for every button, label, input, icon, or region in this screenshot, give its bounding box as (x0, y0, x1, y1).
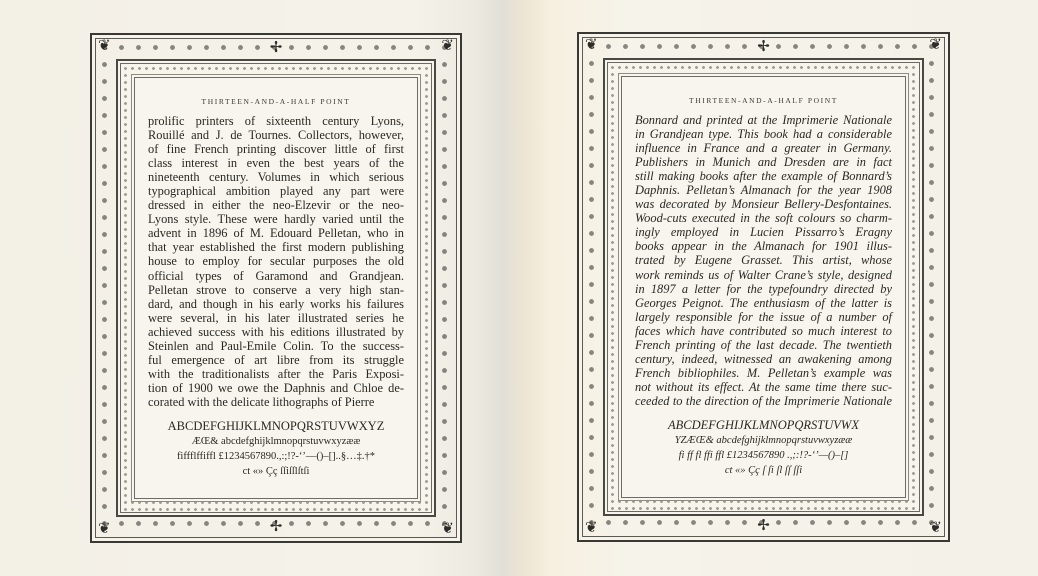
text-line: trated by Eugene Grasset. This artist, w… (635, 253, 892, 267)
text-line: books appear in the Almanach for 1901 il… (635, 239, 892, 253)
text-line: ceeded to the direction of the Imprimeri… (635, 394, 892, 408)
text-line: Bonnard and printed at the Imprimerie Na… (635, 113, 892, 127)
specimen-capitals: ABCDEFGHIJKLMNOPQRSTUVWX (635, 418, 892, 433)
text-line: corated with the delicate lithographs of… (148, 395, 404, 409)
cross-ornament-icon: ✢ (270, 41, 283, 56)
specimen-ligatures: ct «» Çç ſ ſi ſl ſſ ſſi (635, 463, 892, 478)
text-line: still making books after the example of … (635, 169, 892, 183)
text-line: of fine French printing discover little … (148, 142, 404, 156)
text-line: century, indeed, witnessed an awakening … (635, 352, 892, 366)
specimen-figures: fi ff fl ffi ffl £1234567890 .,;:!?-‘’—(… (635, 448, 892, 463)
fleuron-corner-icon: ❦ (929, 521, 942, 536)
text-line: largely responsible for the issue of a n… (635, 310, 892, 324)
text-line: that year established the first modern p… (148, 240, 404, 254)
specimen-capitals: ABCDEFGHIJKLMNOPQRSTUVWXYZ (148, 419, 404, 434)
fleuron-corner-icon: ❦ (98, 522, 111, 537)
text-line: official types of Garamond and Grandjean… (148, 269, 404, 283)
text-line: French bibliophiles. M. Pelletan’s examp… (635, 366, 892, 380)
text-line: ful emergence of art libre from its stru… (148, 353, 404, 367)
text-line: in Grandjean type. This book had a consi… (635, 127, 892, 141)
text-line: Georges Peignot. The enthusiasm of the l… (635, 296, 892, 310)
text-line: Pelletan strove to conserve a very high … (148, 283, 404, 297)
text-line: was decorated by Monsieur Bellery-Desfon… (635, 197, 892, 211)
text-line: ingly employed in Lucien Pissarro’s Erag… (635, 225, 892, 239)
specimen-figures: fiffflffiffl £1234567890.,:;!?-‘’—()–[].… (148, 449, 404, 464)
fleuron-corner-icon: ❦ (929, 38, 942, 53)
right-page: ❦ ❦ ❦ ❦ ✢ ✢ THIRTEEN-AND-A-HALF POINT Bo… (577, 32, 950, 542)
specimen-ligatures: ct «» Çç ſſiſſlſtſi (148, 464, 404, 479)
text-line: Steinlen and Paul-Emile Colin. To the su… (148, 339, 404, 353)
text-line: Publishers in Munich and Dresden are in … (635, 155, 892, 169)
text-line: with the traditionalists after the Paris… (148, 367, 404, 381)
fleuron-corner-icon: ❦ (441, 39, 454, 54)
type-specimen: ABCDEFGHIJKLMNOPQRSTUVWX YZÆŒ& abcdefghi… (635, 418, 892, 478)
running-head: THIRTEEN-AND-A-HALF POINT (148, 97, 404, 106)
left-page: ❦ ❦ ❦ ❦ ✢ ✢ THIRTEEN-AND-A-HALF POINT pr… (90, 33, 462, 543)
fleuron-corner-icon: ❦ (585, 38, 598, 53)
open-book-spread: ❦ ❦ ❦ ❦ ✢ ✢ THIRTEEN-AND-A-HALF POINT pr… (0, 0, 1038, 576)
cross-ornament-icon: ✢ (270, 520, 283, 535)
specimen-lowercase: YZÆŒ& abcdefghijklmnopqrstuvwxyzææ (635, 433, 892, 448)
type-specimen: ABCDEFGHIJKLMNOPQRSTUVWXYZ ÆŒ& abcdefghi… (148, 419, 404, 479)
text-line: prolific printers of sixteenth century L… (148, 114, 404, 128)
text-line: not without its effect. At the same time… (635, 380, 892, 394)
text-line: were several, in his later illustrated s… (148, 311, 404, 325)
text-line: nineteenth century. Volumes in which ser… (148, 170, 404, 184)
text-line: advent in 1896 of M. Edouard Pelletan, w… (148, 226, 404, 240)
text-line: work reminds us of Walter Crane’s style,… (635, 268, 892, 282)
body-paragraph: prolific printers of sixteenth century L… (148, 114, 404, 409)
running-head: THIRTEEN-AND-A-HALF POINT (635, 96, 892, 105)
text-line: Wood-cuts executed in the soft colours s… (635, 211, 892, 225)
text-line: Lyons style. These were hardly varied un… (148, 212, 404, 226)
text-line: influence in France and a greater in Ger… (635, 141, 892, 155)
text-line: house to employ for secular purposes the… (148, 254, 404, 268)
text-line: typographical ambition played any part w… (148, 184, 404, 198)
body-paragraph: Bonnard and printed at the Imprimerie Na… (635, 113, 892, 408)
text-line: dard, and though in his early works his … (148, 297, 404, 311)
text-line: tion of 1900 we owe the Daphnis and Chlo… (148, 381, 404, 395)
text-line: dressed in either the neo-Elzevir or the… (148, 198, 404, 212)
fleuron-corner-icon: ❦ (585, 521, 598, 536)
cross-ornament-icon: ✢ (757, 519, 770, 534)
left-text-block: THIRTEEN-AND-A-HALF POINT prolific print… (148, 97, 404, 479)
cross-ornament-icon: ✢ (757, 40, 770, 55)
text-line: faces which have contributed so much int… (635, 324, 892, 338)
text-line: Daphnis. Pelletan’s Almanach for the yea… (635, 183, 892, 197)
text-line: class interest in even the best years of… (148, 156, 404, 170)
right-text-block: THIRTEEN-AND-A-HALF POINT Bonnard and pr… (635, 96, 892, 478)
fleuron-corner-icon: ❦ (441, 522, 454, 537)
text-line: in 1897 a letter for the typefoundry dir… (635, 282, 892, 296)
text-line: achieved success with his editions illus… (148, 325, 404, 339)
text-line: Rouillé and J. de Tournes. Collectors, h… (148, 128, 404, 142)
specimen-lowercase: ÆŒ& abcdefghijklmnopqrstuvwxyzææ (148, 434, 404, 449)
fleuron-corner-icon: ❦ (98, 39, 111, 54)
text-line: French printing of the last decade. The … (635, 338, 892, 352)
